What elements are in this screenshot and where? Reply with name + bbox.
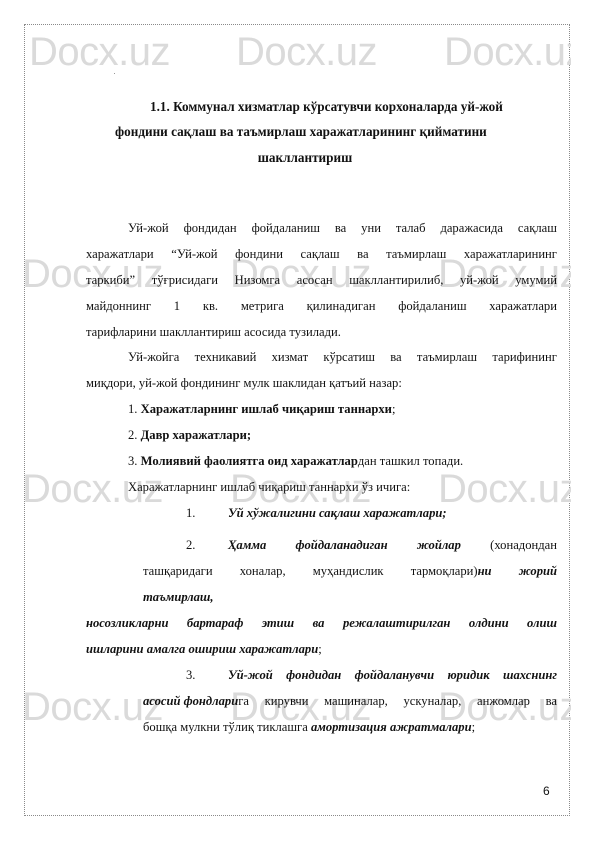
word: фондидан	[286, 667, 341, 683]
word: ва	[357, 246, 368, 262]
sublist-item-3-line-1: Уй-жойфондиданфойдаланувчиюридикшахснинг	[228, 667, 557, 683]
sublist-item-2-line-1: Ҳамма фойдаланадиган жойлар (хонадондан	[228, 537, 557, 553]
word: харажатлари	[489, 298, 557, 314]
word: умумий	[515, 272, 557, 288]
word: Низомга	[235, 272, 281, 288]
heading-line-2: фондини сақлаш ва таъмирлаш харажатларин…	[115, 124, 515, 140]
list-item-bold: Харажатларнинг ишлаб чиқариш таннархи	[141, 402, 392, 416]
word: уй-жой	[460, 272, 499, 288]
word: ва	[335, 220, 346, 236]
word: шахснинг	[503, 667, 557, 683]
list-item: 1. Харажатларнинг ишлаб чиқариш таннархи…	[128, 401, 395, 417]
word: режалаштирилган	[343, 615, 450, 631]
word: бартараф	[187, 615, 243, 631]
word: фондини	[235, 246, 283, 262]
word: техникавий	[195, 349, 257, 365]
word: фондидан	[184, 220, 237, 236]
sublist-item-2-line-5: ишларини амалга ошириш харажатлари;	[86, 641, 322, 657]
word: 1	[174, 298, 180, 314]
paragraph-1-line-4: майдоннинг1кв.метригақилинадиганфойдалан…	[86, 298, 557, 314]
paragraph-1-line-5: тарифларини шакллантириш асосида тузилад…	[86, 324, 341, 340]
word: асосан	[297, 272, 333, 288]
sublist-item-1-text: Уй хўжалигини сақлаш харажатлари;	[228, 505, 447, 521]
word: шакллантирилиб,	[349, 272, 443, 288]
word: кўрсатиш	[323, 349, 375, 365]
watermark: Docx.uz	[236, 30, 377, 74]
list-item: 3. Молиявий фаолиятга оид харажатлардан …	[128, 453, 463, 469]
sublist-item-3-line-2: асосий фондларига кирувчи машиналар, уск…	[143, 693, 557, 709]
word: фойдаланиш	[398, 298, 466, 314]
sublist-item-2-line-2: ташқаридаги хоналар, муҳандислик тармоқл…	[143, 563, 557, 579]
sublist-item-2-line-4: носозликларнибартарафэтишварежалаштирилг…	[86, 615, 557, 631]
word: тўғрисидаги	[152, 272, 218, 288]
word: Уй-жойга	[128, 349, 179, 365]
paragraph-1-line-3: таркиби”тўғрисидагиНизомгаасосаншакллант…	[86, 272, 557, 288]
word: таркиби”	[86, 272, 135, 288]
heading-line-3: шакллантириш	[200, 150, 410, 166]
word: майдоннинг	[86, 298, 151, 314]
word: даражасида	[440, 220, 503, 236]
paragraph-1-line-1: Уй-жойфондиданфойдаланишвауниталабдаража…	[128, 220, 557, 236]
word: фойдаланиш	[252, 220, 320, 236]
watermark-row: Docx.uz Docx.uz Docx.uz	[24, 30, 571, 74]
list-item-bold: Давр харажатлари;	[141, 428, 251, 442]
word: этиш	[262, 615, 294, 631]
word: Уй-жой	[228, 667, 273, 683]
word: олиш	[527, 615, 557, 631]
watermark: Docx.uz	[29, 30, 170, 74]
sublist-item-2-line-3: таъмирлаш,	[143, 589, 214, 605]
list-item: 2. Давр харажатлари;	[128, 427, 251, 443]
word: ва	[390, 349, 401, 365]
sublist-item-3-line-3: бошқа мулкни тўлиқ тиклашга амортизация …	[143, 719, 475, 735]
word: тарифининг	[492, 349, 557, 365]
word: харажатларининг	[464, 246, 557, 262]
sublist-number: 2.	[186, 537, 195, 553]
sublist-number: 3.	[186, 667, 195, 683]
watermark: Docx.uz	[438, 467, 571, 511]
word: “Уй-жой	[171, 246, 217, 262]
word: уни	[361, 220, 381, 236]
paragraph-2-line-2: миқдори, уй-жой фондининг мулк шаклидан …	[86, 375, 402, 391]
word: метрига	[241, 298, 284, 314]
word: таъмирлаш	[386, 246, 446, 262]
word: хизмат	[272, 349, 308, 365]
word: талаб	[396, 220, 426, 236]
paragraph-2-line-1: Уй-жойгатехникавийхизматкўрсатишватаъмир…	[128, 349, 557, 365]
heading-line-1: 1.1. Коммунал хизматлар кўрсатувчи корхо…	[150, 99, 520, 115]
word: Уй-жой	[128, 220, 169, 236]
word: таъмирлаш	[417, 349, 477, 365]
word: юридик	[447, 667, 489, 683]
sublist-intro: Харажатларнинг ишлаб чиқариш таннархи ўз…	[128, 479, 410, 495]
paragraph-1-line-2: харажатлари“Уй-жойфондинисақлашватаъмирл…	[86, 246, 557, 262]
word: носозликларни	[86, 615, 168, 631]
word: харажатлари	[86, 246, 154, 262]
word: олдини	[469, 615, 509, 631]
watermark: Docx.uz	[444, 30, 571, 74]
word: фойдаланувчи	[355, 667, 434, 683]
word: сақлаш	[518, 220, 557, 236]
list-item-bold: Молиявий фаолиятга оид харажатлар	[141, 454, 358, 468]
word: қилинадиган	[307, 298, 376, 314]
sublist-number: 1.	[186, 505, 195, 521]
word: сақлаш	[301, 246, 340, 262]
page-number: 6	[543, 784, 550, 798]
word: кв.	[203, 298, 218, 314]
word: ва	[313, 615, 325, 631]
